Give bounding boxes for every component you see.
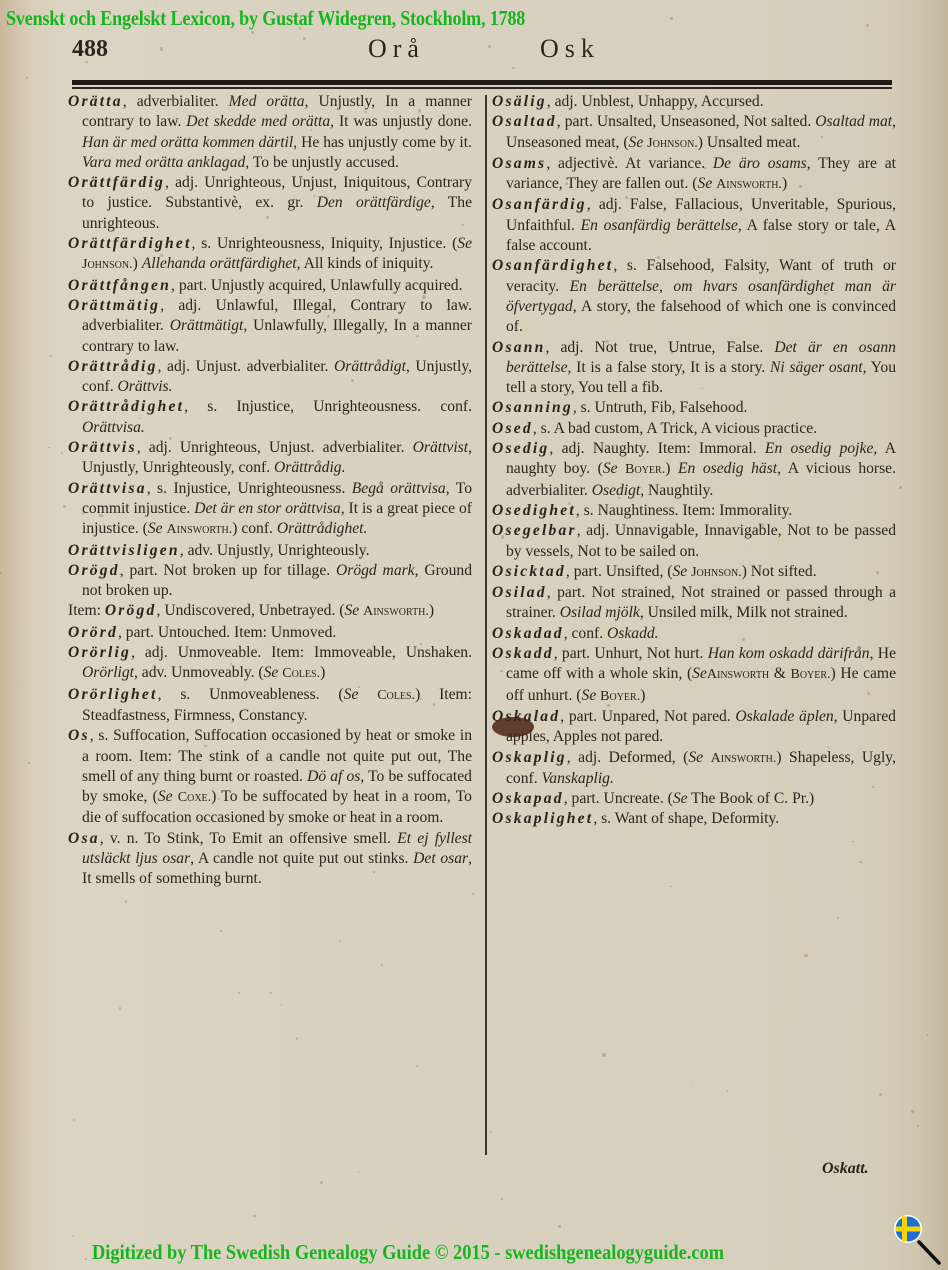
dictionary-entry: Orättvis, adj. Unrighteous, Unjust. adve… — [68, 438, 472, 479]
headword: Os — [68, 727, 90, 744]
headword: Oskaplighet — [492, 810, 593, 827]
page-number: 488 — [72, 36, 108, 63]
definition-text: ) — [429, 602, 434, 619]
dictionary-entry: Osanfärdighet, s. Falsehood, Falsity, Wa… — [492, 256, 896, 337]
headword: Orättfärdig — [68, 174, 165, 191]
headword: Osanfärdig — [492, 196, 587, 213]
example-phrase: Ni säger osant — [770, 359, 863, 376]
definition-text: ) conf. — [232, 520, 277, 537]
dictionary-entry: Osedig, adj. Naughty. Item: Immoral. En … — [492, 439, 896, 501]
definition-text: ) — [640, 687, 645, 704]
example-phrase: Orögd mark — [336, 562, 415, 579]
definition-text: , part. Unsalted, Unseasoned, Not salted… — [557, 113, 815, 130]
headword: Oskadad — [492, 625, 564, 642]
definition-text: , adj. Not true, Untrue, False. — [545, 339, 774, 356]
example-phrase: Se — [158, 788, 173, 805]
headword: Orögd — [68, 562, 120, 579]
definition-text: , adj. Unrighteous, Unjust. adverbialite… — [137, 439, 413, 456]
definition-text: , part. Unpared, Not pared. — [560, 708, 735, 725]
headword: Osanning — [492, 399, 573, 416]
definition-text — [358, 686, 377, 703]
definition-text: , adjectivè. At variance. — [546, 155, 713, 172]
definition-text: , adv. Unjustly, Unrighteously. — [180, 542, 370, 559]
entry-prefix: Item: — [68, 602, 105, 619]
example-phrase: Se — [629, 134, 644, 151]
headword: Osaltad — [492, 113, 557, 130]
header-rule-thick — [72, 80, 892, 85]
definition-text: , s. Naughtiness. Item: Immorality. — [576, 502, 792, 519]
headword: Orörd — [68, 624, 118, 641]
dictionary-entry: Osed, s. A bad custom, A Trick, A viciou… — [492, 419, 896, 439]
example-phrase: Se — [692, 665, 707, 682]
example-phrase: Orättrådig. — [274, 459, 345, 476]
example-phrase: Dö af os — [307, 768, 360, 785]
source-reference: Johnson. — [82, 257, 133, 272]
example-phrase: Oskadd. — [607, 625, 659, 642]
dictionary-entry: Os, s. Suffocation, Suffocation occasion… — [68, 726, 472, 828]
headword: Osa — [68, 830, 100, 847]
headword: Orörlig — [68, 644, 131, 661]
dictionary-column-left: Orätta, adverbialiter. Med orätta, Unjus… — [68, 92, 472, 890]
example-phrase: Osaltad mat — [815, 113, 892, 130]
example-phrase: Det skedde med orätta — [186, 113, 330, 130]
definition-text: ) — [665, 460, 678, 477]
definition-text: , s. Injustice, Unrighteousness. conf. — [184, 398, 472, 415]
dictionary-entry: Oskaplig, adj. Deformed, (Se Ainsworth.)… — [492, 748, 896, 790]
headword: Orättrådighet — [68, 398, 184, 415]
definition-text: , s. A bad custom, A Trick, A vicious pr… — [533, 420, 817, 437]
headword: Orättrådig — [68, 358, 158, 375]
dictionary-entry: Orättrådig, adj. Unjust. adverbialiter. … — [68, 357, 472, 398]
dictionary-entry: Osicktad, part. Unsifted, (Se Johnson.) … — [492, 562, 896, 583]
definition-text: , adj. Unmoveable. Item: Immoveable, Uns… — [131, 644, 472, 661]
definition-text: , adv. Unmoveably. ( — [134, 664, 264, 681]
definition-text: ) Unsalted meat. — [698, 134, 801, 151]
definition-text: , Naughtily. — [640, 482, 713, 499]
definition-text: , adj. Naughty. Item: Immoral. — [549, 440, 765, 457]
dictionary-entry: Osams, adjectivè. At variance. De äro os… — [492, 154, 896, 196]
dictionary-column-right: Osälig, adj. Unblest, Unhappy, Accursed.… — [492, 92, 896, 830]
headword: Oskadd — [492, 645, 554, 662]
headword: Orättvis — [68, 439, 137, 456]
guide-word-left: Orå — [368, 34, 425, 64]
source-reference: Coxe. — [178, 790, 211, 805]
example-phrase: Se — [344, 602, 359, 619]
example-phrase: Orättvis. — [118, 378, 173, 395]
example-phrase: Orörligt — [82, 664, 134, 681]
definition-text: ) — [782, 175, 787, 192]
definition-text: , It is a false story, It is a story. — [568, 359, 771, 376]
headword: Osicktad — [492, 563, 566, 580]
source-reference: Coles. — [282, 666, 320, 681]
definition-text: ) — [320, 664, 325, 681]
example-phrase: Den orättfärdige — [317, 194, 431, 211]
headword: Oskapad — [492, 790, 564, 807]
source-reference: Boyer. — [790, 667, 830, 682]
dictionary-entry: Orättfången, part. Unjustly acquired, Un… — [68, 276, 472, 296]
dictionary-entry: Orättvisligen, adv. Unjustly, Unrighteou… — [68, 541, 472, 561]
example-phrase: Se — [457, 235, 472, 252]
example-phrase: Han kom oskadd därifrån — [708, 645, 870, 662]
dictionary-entry: Orätta, adverbialiter. Med orätta, Unjus… — [68, 92, 472, 173]
dictionary-entry: Osaltad, part. Unsalted, Unseasoned, Not… — [492, 112, 896, 154]
headword: Osälig — [492, 93, 547, 110]
example-phrase: Se — [344, 686, 359, 703]
dictionary-entry: Item: Orögd, Undiscovered, Unbetrayed. (… — [68, 601, 472, 622]
example-phrase: Allehanda orättfärdighet — [142, 255, 297, 272]
dictionary-entry: Osanning, s. Untruth, Fib, Falsehood. — [492, 398, 896, 418]
headword: Orättvisa — [68, 480, 147, 497]
headword: Orörlighet — [68, 686, 158, 703]
definition-text: , part. Not broken up for tillage. — [120, 562, 336, 579]
definition-text: , A candle not quite put out stinks. — [190, 850, 413, 867]
example-phrase: Orättrådighet. — [277, 520, 368, 537]
definition-text: & — [769, 665, 790, 682]
headword: Orättmätig — [68, 297, 160, 314]
definition-text: , part. Unhurt, Not hurt. — [554, 645, 708, 662]
dictionary-entry: Orättvisa, s. Injustice, Unrighteousness… — [68, 479, 472, 541]
definition-text: , Undiscovered, Unbetrayed. ( — [157, 602, 345, 619]
example-phrase: Orättrådigt — [334, 358, 406, 375]
definition-text — [618, 460, 626, 477]
source-reference: Johnson. — [691, 565, 742, 580]
source-reference: Johnson. — [647, 136, 698, 151]
definition-text: , s. Want of shape, Deformity. — [593, 810, 779, 827]
definition-text: , s. Unrighteousness, Iniquity, Injustic… — [192, 235, 458, 252]
dictionary-entry: Oskapad, part. Uncreate. (Se The Book of… — [492, 789, 896, 809]
dictionary-entry: Osann, adj. Not true, Untrue, False. Det… — [492, 338, 896, 399]
guide-word-right: Osk — [540, 34, 600, 64]
example-phrase: Orättvisa. — [82, 419, 145, 436]
source-reference: Boyer. — [625, 462, 665, 477]
example-phrase: Han är med orätta kommen därtil — [82, 134, 293, 151]
example-phrase: Se — [603, 460, 618, 477]
example-phrase: Osedigt — [592, 482, 641, 499]
dictionary-entry: Osanfärdig, adj. False, Fallacious, Unve… — [492, 195, 896, 256]
example-phrase: De äro osams — [713, 155, 807, 172]
source-reference: Boyer. — [600, 689, 640, 704]
source-reference: Ainsworth. — [166, 522, 232, 537]
example-phrase: Det osar — [413, 850, 468, 867]
headword: Orättfärdighet — [68, 235, 192, 252]
dictionary-entry: Oskadd, part. Unhurt, Not hurt. Han kom … — [492, 644, 896, 707]
dictionary-entry: Osilad, part. Not strained, Not strained… — [492, 583, 896, 624]
definition-text: , part. Untouched. Item: Unmoved. — [118, 624, 336, 641]
dictionary-entry: Oskaplighet, s. Want of shape, Deformity… — [492, 809, 896, 829]
source-reference: Ainsworth — [707, 667, 769, 682]
running-head: 488 Orå Osk — [0, 36, 948, 66]
example-phrase: En osanfärdig berättelse — [581, 217, 738, 234]
example-phrase: Se — [672, 563, 687, 580]
headword: Osanfärdighet — [492, 257, 613, 274]
dictionary-entry: Orättfärdig, adj. Unrighteous, Unjust, I… — [68, 173, 472, 234]
headword: Orättfången — [68, 277, 171, 294]
dictionary-entry: Osa, v. n. To Stink, To Emit an offensiv… — [68, 829, 472, 890]
source-reference: Ainsworth. — [711, 751, 777, 766]
example-phrase: Oskalade äplen — [735, 708, 833, 725]
dictionary-entry: Orättmätig, adj. Unlawful, Illegal, Cont… — [68, 296, 472, 357]
definition-text: ) Not sifted. — [742, 563, 817, 580]
source-reference: Ainsworth. — [716, 177, 782, 192]
example-phrase: Se — [688, 749, 703, 766]
definition-text: , part. Unjustly acquired, Unlawfully ac… — [171, 277, 462, 294]
column-divider — [485, 95, 487, 1155]
definition-text: ) — [133, 255, 142, 272]
sweden-flag-magnifier-icon[interactable] — [893, 1214, 943, 1266]
example-phrase: Osilad mjölk — [560, 604, 640, 621]
example-phrase: Det är en stor orättvisa — [194, 500, 340, 517]
example-phrase: Se — [582, 687, 597, 704]
definition-text: , It was unjustly done. — [330, 113, 472, 130]
definition-text: , Unsiled milk, Milk not strained. — [640, 604, 848, 621]
digitizer-credit-banner[interactable]: Digitized by The Swedish Genealogy Guide… — [92, 1240, 724, 1265]
header-rule-thin — [72, 87, 892, 89]
definition-text: , s. Injustice, Unrighteousness. — [147, 480, 352, 497]
definition-text: The Book of C. Pr.) — [688, 790, 815, 807]
definition-text: , part. Uncreate. ( — [564, 790, 673, 807]
dictionary-entry: Osedighet, s. Naughtiness. Item: Immoral… — [492, 501, 896, 521]
dictionary-entry: Osälig, adj. Unblest, Unhappy, Accursed. — [492, 92, 896, 112]
source-reference: Ainsworth. — [363, 604, 429, 619]
example-phrase: Orättvist — [413, 439, 468, 456]
headword: Osedig — [492, 440, 549, 457]
headword: Osann — [492, 339, 545, 356]
example-phrase: En osedig häst — [678, 460, 777, 477]
dictionary-entry: Oskadad, conf. Oskadd. — [492, 624, 896, 644]
source-reference: Coles. — [377, 688, 415, 703]
definition-text: , adj. Deformed, ( — [567, 749, 689, 766]
example-phrase: Se — [148, 520, 163, 537]
dictionary-entry: Orörlighet, s. Unmoveableness. (Se Coles… — [68, 685, 472, 727]
dictionary-entry: Orättrådighet, s. Injustice, Unrighteous… — [68, 397, 472, 438]
example-phrase: Vanskaplig. — [542, 770, 614, 787]
headword: Orögd — [105, 602, 157, 619]
digitizer-title-banner: Svenskt och Engelskt Lexicon, by Gustaf … — [6, 6, 525, 31]
dictionary-entry: Orörd, part. Untouched. Item: Unmoved. — [68, 623, 472, 643]
headword: Oskaplig — [492, 749, 567, 766]
definition-text: , adj. Unblest, Unhappy, Accursed. — [547, 93, 764, 110]
definition-text: , All kinds of iniquity. — [297, 255, 434, 272]
dictionary-entry: Orättfärdighet, s. Unrighteousness, Iniq… — [68, 234, 472, 276]
example-phrase: Vara med orätta anklagad — [82, 154, 245, 171]
dictionary-entry: Osegelbar, adj. Unnavigable, Innavigable… — [492, 521, 896, 562]
definition-text: , To be unjustly accused. — [245, 154, 399, 171]
dictionary-entry: Oskalad, part. Unpared, Not pared. Oskal… — [492, 707, 896, 748]
headword: Orätta — [68, 93, 123, 110]
headword: Osedighet — [492, 502, 576, 519]
definition-text: , s. Untruth, Fib, Falsehood. — [573, 399, 748, 416]
example-phrase: En osedig pojke — [765, 440, 873, 457]
headword: Osams — [492, 155, 546, 172]
example-phrase: Se — [673, 790, 688, 807]
definition-text: , adverbialiter. — [123, 93, 229, 110]
example-phrase: Med orätta — [229, 93, 305, 110]
definition-text: , He has unjustly come by it. — [293, 134, 472, 151]
definition-text: , part. Unsifted, ( — [566, 563, 673, 580]
example-phrase: Begå orättvisa — [352, 480, 446, 497]
headword: Osed — [492, 420, 533, 437]
dictionary-entry: Orögd, part. Not broken up for tillage. … — [68, 561, 472, 602]
example-phrase: Se — [698, 175, 713, 192]
definition-text: , adj. Unjust. adverbialiter. — [158, 358, 334, 375]
headword: Osegelbar — [492, 522, 577, 539]
catchword: Oskatt. — [822, 1160, 869, 1178]
definition-text: , conf. — [564, 625, 607, 642]
example-phrase: Orättmätigt — [170, 317, 244, 334]
ink-stain — [492, 717, 534, 737]
definition-text — [703, 749, 710, 766]
example-phrase: Se — [264, 664, 279, 681]
headword: Osilad — [492, 584, 547, 601]
dictionary-entry: Orörlig, adj. Unmoveable. Item: Immoveab… — [68, 643, 472, 685]
definition-text: , s. Unmoveableness. ( — [158, 686, 344, 703]
headword: Orättvisligen — [68, 542, 180, 559]
definition-text: , v. n. To Stink, To Emit an offensive s… — [100, 830, 398, 847]
